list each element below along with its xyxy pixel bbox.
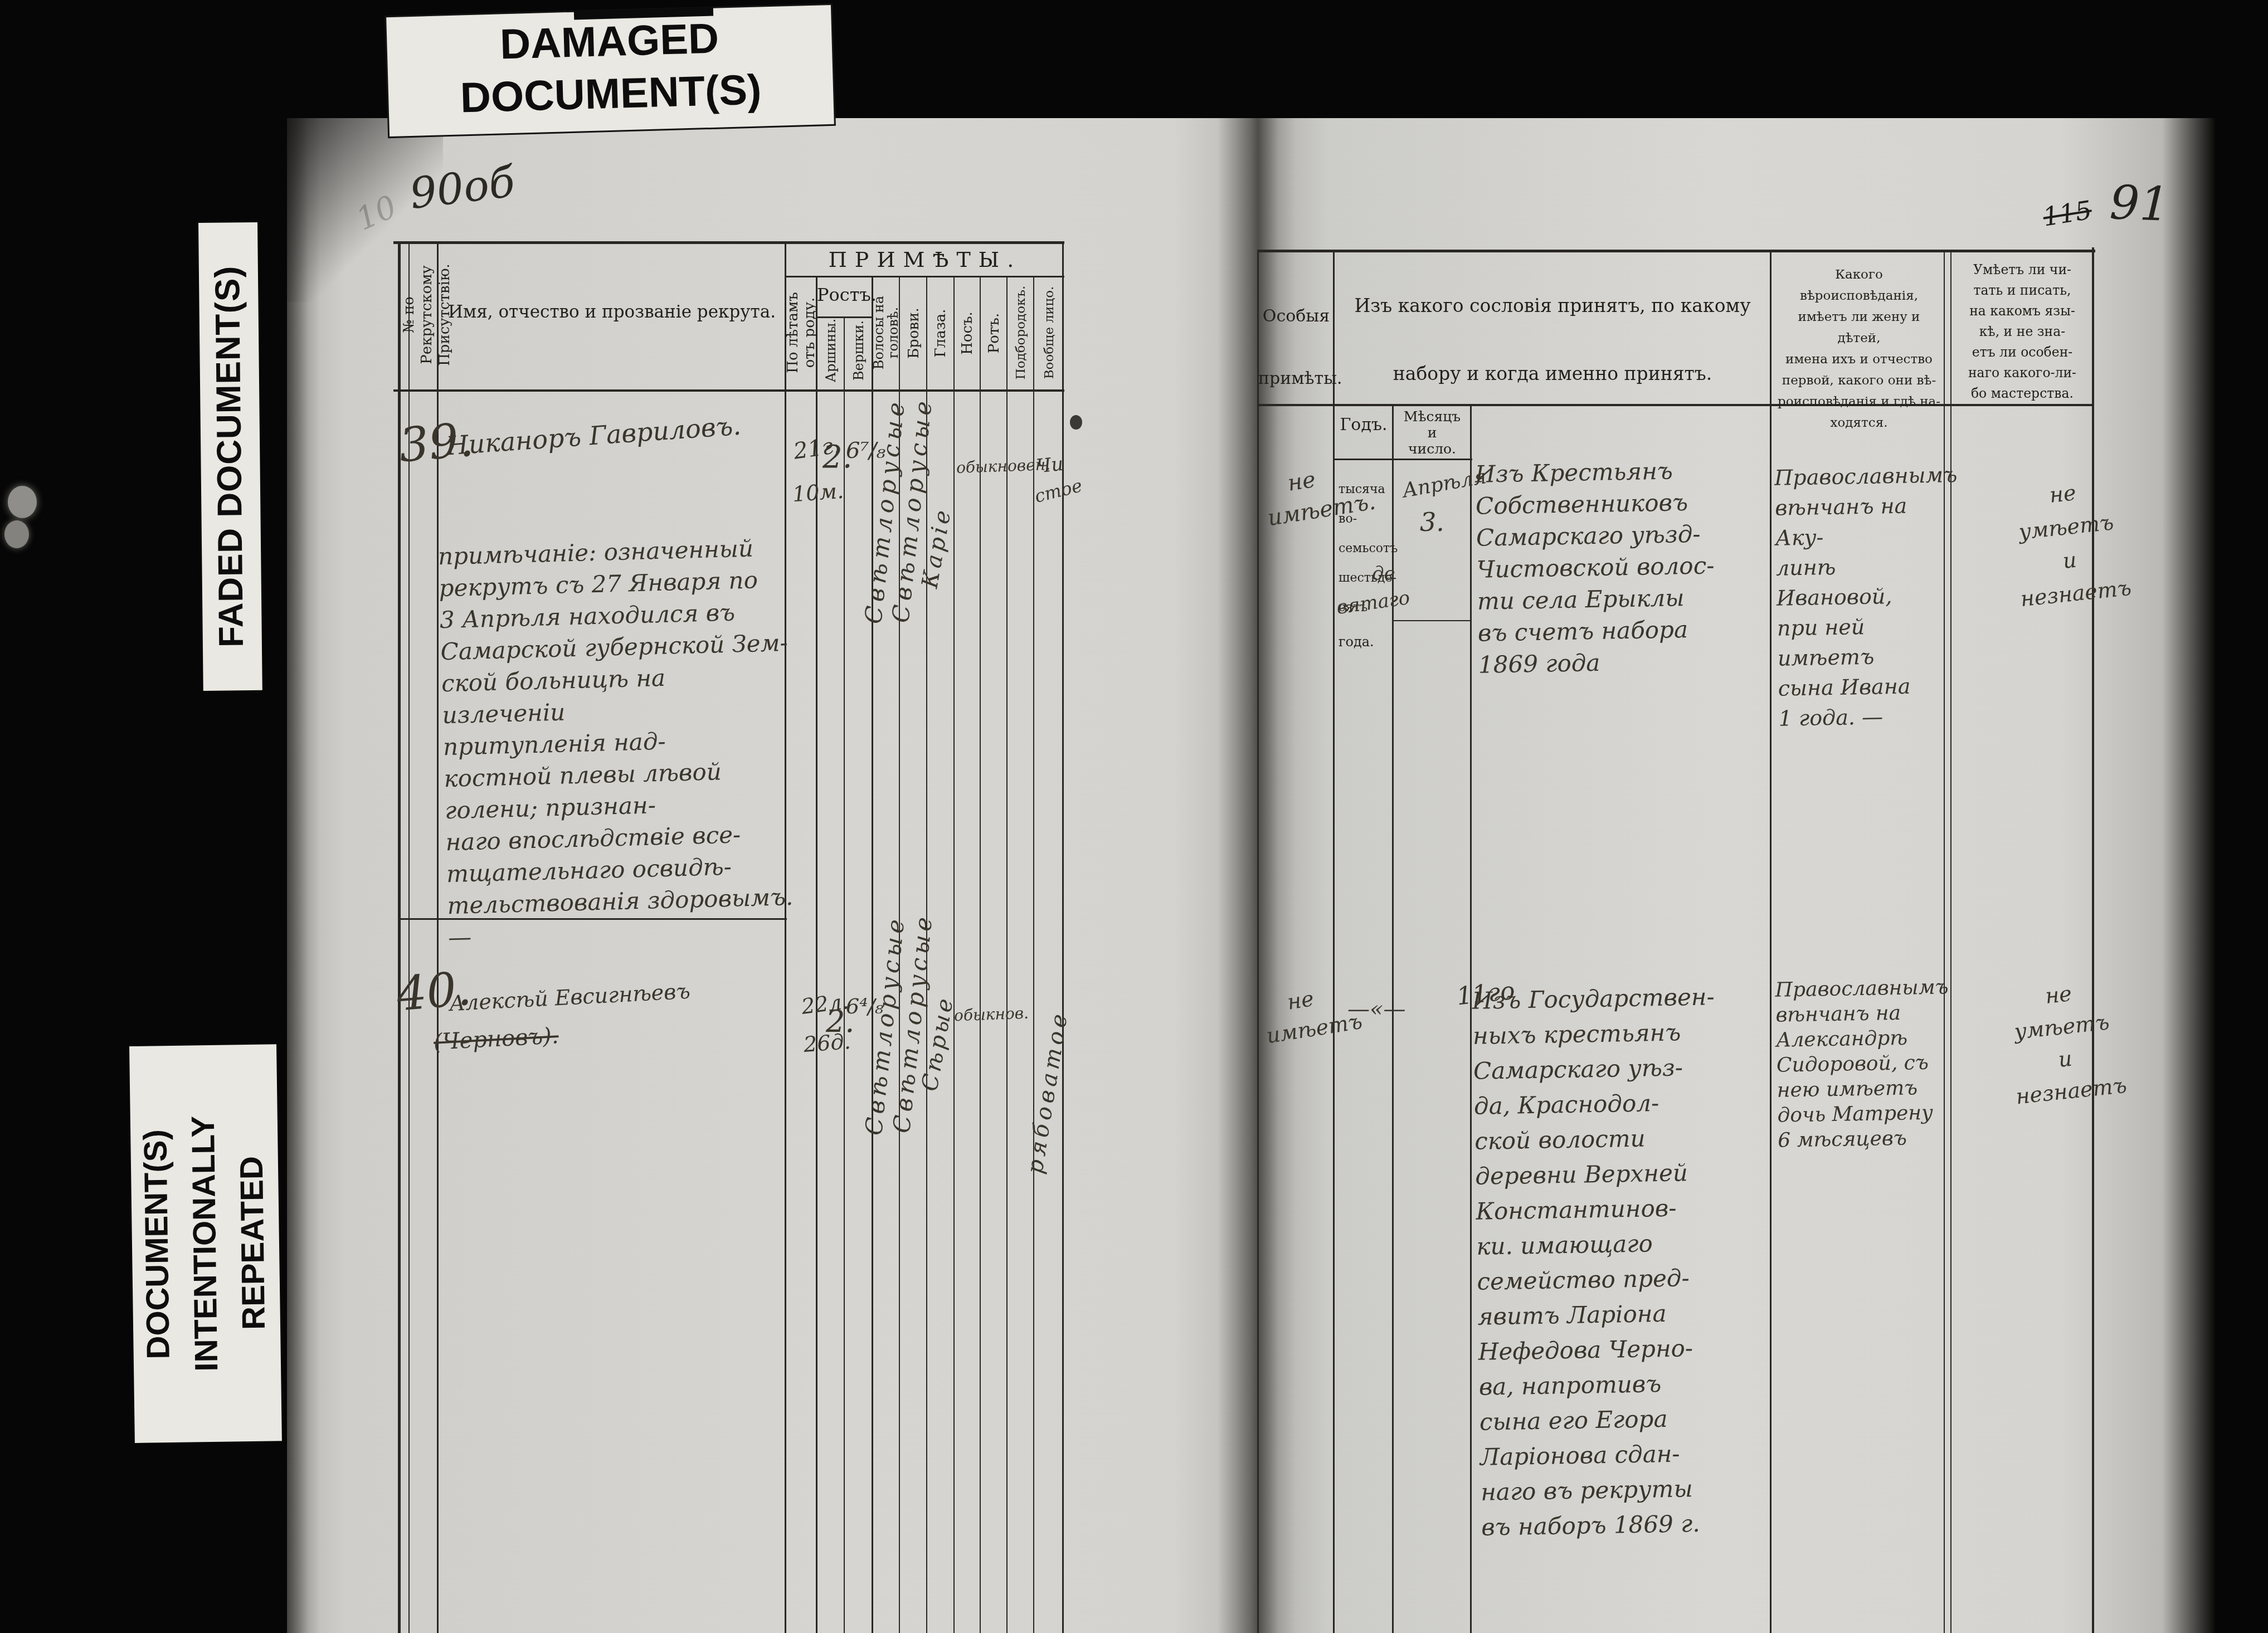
header-soslovie: Изъ какого сословія принятъ, по какому н… xyxy=(1334,272,1771,408)
row40-god-ditto: —«— xyxy=(1347,996,1405,1022)
header-gramota: Умѣетъ ли чи- тать и писать, на какомъ я… xyxy=(1954,260,2091,404)
header-age: По лѣтамъ отъ роду. xyxy=(785,266,818,399)
ink-blob xyxy=(1070,415,1082,430)
header-osobye-primety: Особыя примѣты. xyxy=(1258,285,1334,410)
faded-document-label: FADED DOCUMENT(S) xyxy=(198,222,262,691)
table-rule xyxy=(2092,247,2094,1633)
header-vershki: Вершки. xyxy=(851,309,867,392)
film-glint xyxy=(4,520,29,548)
header-rot: Ротъ. xyxy=(986,277,1002,389)
table-rule xyxy=(1470,404,1472,1633)
header-vera: Какого вѣроисповѣданія, имѣетъ ли жену и… xyxy=(1775,264,1943,433)
table-rule xyxy=(393,241,1064,244)
microfilm-scan: DAMAGED DOCUMENT(S) FADED DOCUMENT(S) DO… xyxy=(0,0,2268,1633)
table-rule xyxy=(1033,276,1034,1633)
header-volosy: Волосы на головѣ. xyxy=(872,277,901,388)
header-arshiny: Аршины. xyxy=(823,309,839,392)
row39-gramota: не умѣетъ и незнаетъ xyxy=(2008,472,2128,616)
damaged-document-label: DAMAGED DOCUMENT(S) xyxy=(386,5,834,137)
row39-month-num: 3. xyxy=(1420,507,1444,537)
row40-osobye: не имѣетъ xyxy=(1259,979,1346,1051)
row40-vera: Православнымъ вѣнчанъ на Александрѣ Сидо… xyxy=(1775,974,1950,1153)
row39-soslovie: Изъ Крестьянъ Собственниковъ Самарскаго … xyxy=(1475,453,1780,680)
header-brovi: Брови. xyxy=(906,277,922,389)
table-rule xyxy=(1944,250,1945,1633)
film-glint xyxy=(8,486,37,518)
table-rule xyxy=(1257,250,1259,1633)
table-rule xyxy=(393,389,1064,392)
table-rule xyxy=(1062,241,1064,1633)
table-rule xyxy=(1393,620,1471,621)
row39-litso-1: Чи xyxy=(1035,453,1064,478)
row40-soslovie: Изъ Государствен- ныхъ крестьянъ Самарск… xyxy=(1472,978,1788,1544)
table-rule xyxy=(1950,250,1951,1633)
paper-left-edge-shadow xyxy=(287,118,320,1633)
god-printed-bottom: года. xyxy=(1339,634,1374,650)
table-rule xyxy=(1333,250,1335,1633)
row39-note: примѣчаніе: означенный рекрутъ съ 27 Янв… xyxy=(437,532,799,953)
header-recruit-number: № по Рекрутскому Присутствію. xyxy=(400,245,436,384)
table-rule xyxy=(1257,250,2095,252)
header-glaza: Глаза. xyxy=(932,277,949,389)
table-rule xyxy=(816,276,817,1633)
folio-right: 91 xyxy=(2109,175,2170,232)
row40-nos-rot: обыкнов. xyxy=(953,1004,1029,1025)
header-rost: Ростъ. xyxy=(817,284,873,305)
table-rule xyxy=(1334,459,1472,460)
header-nos: Носъ. xyxy=(959,277,976,389)
table-rule xyxy=(872,276,873,1633)
row40-gramota: не умѣетъ и незнаетъ xyxy=(2004,973,2123,1113)
row39-age-months: 10м. xyxy=(792,479,845,506)
header-mesyats: Мѣсяцъ и число. xyxy=(1393,408,1471,457)
header-name: Имя, отчество и прозваніе рекрута. xyxy=(440,302,783,322)
table-rule xyxy=(844,316,845,1633)
header-podborodok: Подбородокъ. xyxy=(1014,274,1028,391)
header-primety: ПРИМѢТЫ. xyxy=(786,247,1064,272)
repeated-document-label: DOCUMENT(S) INTENTIONALLY REPEATED xyxy=(129,1044,282,1443)
table-rule xyxy=(1006,276,1008,1633)
paper-right-edge-shadow xyxy=(2162,118,2215,1633)
row39-god-hand-inline: де xyxy=(1372,563,1395,585)
header-god: Годъ. xyxy=(1334,415,1393,435)
table-rule xyxy=(953,276,955,1633)
table-rule xyxy=(980,276,981,1633)
header-litso: Вообще лицо. xyxy=(1042,274,1057,391)
row39-vera: Православнымъ вѣнчанъ на Аку- линѣ Ивано… xyxy=(1774,460,1951,733)
row39-osobye: не имѣетъ. xyxy=(1260,460,1347,534)
